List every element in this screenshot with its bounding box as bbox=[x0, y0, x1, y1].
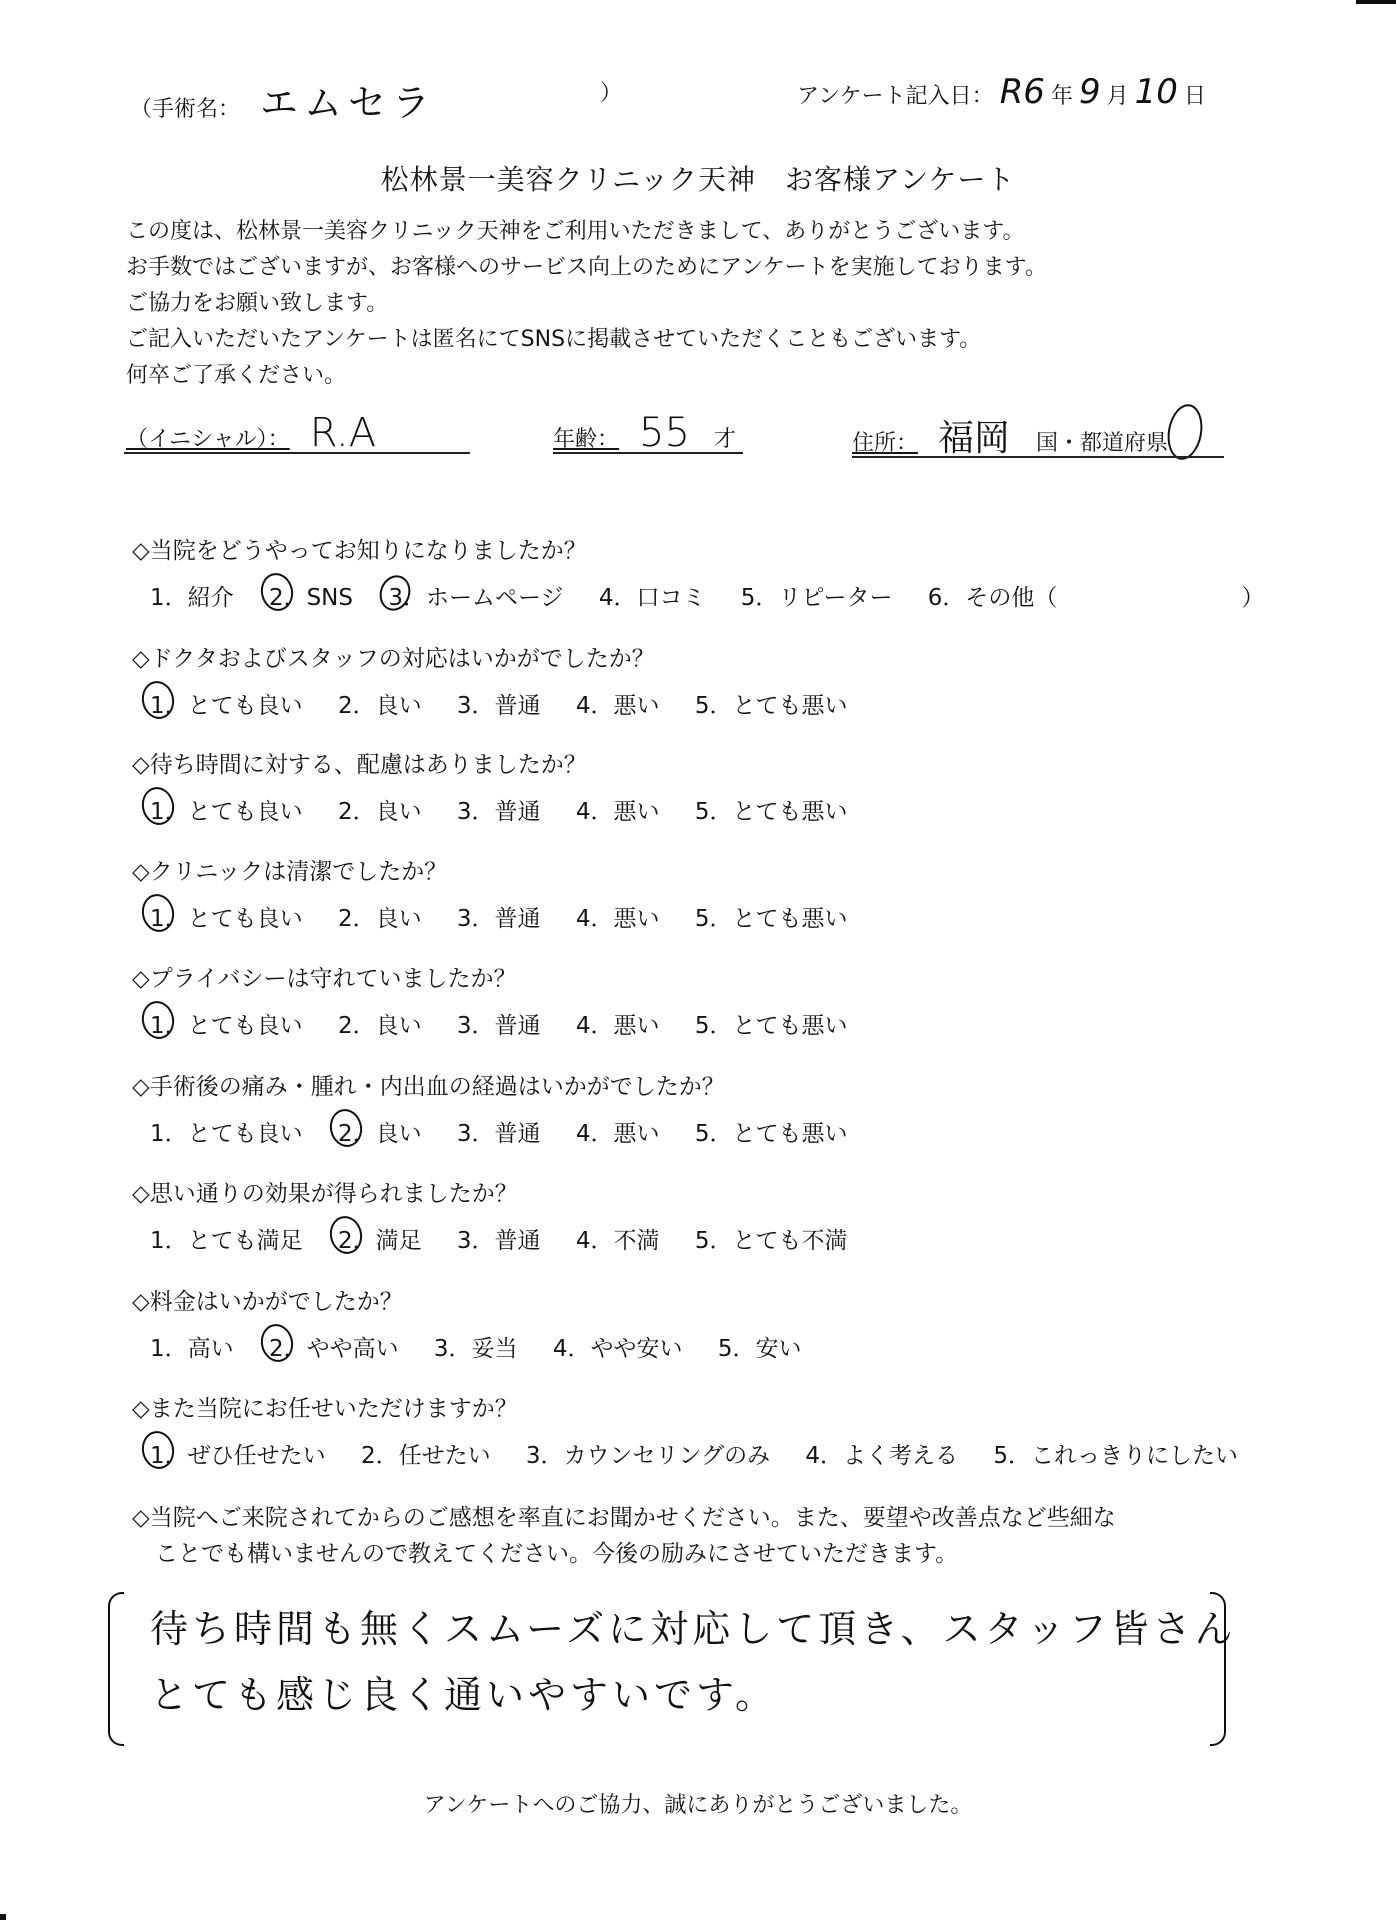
intro-line: ご協力をお願い致します。 bbox=[126, 286, 1047, 322]
age-field: 年齢：55才 bbox=[553, 410, 736, 456]
option-good[interactable]: 2．良い bbox=[338, 1007, 422, 1040]
question-privacy: ◇プライバシーは守れていましたか？ 1．とても良い 2．良い 3．普通 4．悪い… bbox=[132, 960, 875, 1040]
option-good[interactable]: 2．良い bbox=[338, 900, 422, 933]
option-repeater[interactable]: 5．リピーター bbox=[741, 579, 893, 612]
option-very-bad[interactable]: 5．とても悪い bbox=[695, 1115, 848, 1148]
footer-thanks: アンケートへのご協力、誠にありがとうございました。 bbox=[0, 1788, 1396, 1819]
day-unit: 日 bbox=[1184, 84, 1206, 109]
option-dissatisfied[interactable]: 4．不満 bbox=[576, 1222, 660, 1255]
question-price: ◇料金はいかがでしたか？ 1．高い 2．やや高い 3．妥当 4．やや安い 5．安… bbox=[132, 1283, 829, 1363]
option-definitely-selected[interactable]: 1．ぜひ任せたい bbox=[150, 1437, 326, 1470]
options-row: 1．紹介 2．SNS 3．ホームページ 4．口コミ 5．リピーター 6．その他（… bbox=[132, 579, 1292, 612]
question-return: ◇また当院にお任せいただけますか？ 1．ぜひ任せたい 2．任せたい 3．カウンセ… bbox=[132, 1390, 1266, 1470]
option-cheap[interactable]: 5．安い bbox=[718, 1330, 802, 1363]
bracket-left bbox=[108, 1592, 124, 1746]
scan-edge-mark bbox=[0, 1914, 6, 1920]
option-very-good-selected[interactable]: 1．とても良い bbox=[150, 1007, 303, 1040]
option-normal[interactable]: 3．普通 bbox=[457, 793, 541, 826]
month-value[interactable]: 9 bbox=[1079, 72, 1101, 112]
age-underline bbox=[553, 452, 743, 454]
option-sns-selected[interactable]: 2．SNS bbox=[269, 579, 353, 612]
question-title: ◇料金はいかがでしたか？ bbox=[132, 1283, 829, 1316]
procedure-close: ） bbox=[600, 76, 622, 107]
comment-prompt-line: ことでも構いませんので教えてください。今後の励みにさせていただきます。 bbox=[132, 1536, 1116, 1572]
option-homepage[interactable]: 3．ホームページ bbox=[388, 579, 563, 612]
option-counseling-only[interactable]: 3．カウンセリングのみ bbox=[526, 1437, 770, 1470]
day-value[interactable]: 10 bbox=[1135, 72, 1178, 112]
page-title: 松林景一美容クリニック天神 お客様アンケート bbox=[0, 158, 1396, 198]
option-normal[interactable]: 3．普通 bbox=[457, 687, 541, 720]
month-unit: 月 bbox=[1107, 84, 1129, 109]
option-bad[interactable]: 4．悪い bbox=[576, 793, 660, 826]
options-row: 1．とても良い 2．良い 3．普通 4．悪い 5．とても悪い bbox=[132, 1007, 875, 1040]
question-title: ◇また当院にお任せいただけますか？ bbox=[132, 1390, 1266, 1423]
options-row: 1．とても良い 2．良い 3．普通 4．悪い 5．とても悪い bbox=[132, 687, 875, 720]
intro-line: お手数ではございますが、お客様へのサービス向上のためにアンケートを実施しておりま… bbox=[126, 250, 1047, 286]
initial-label: （イニシャル）： bbox=[126, 427, 290, 452]
option-very-satisfied[interactable]: 1．とても満足 bbox=[150, 1222, 303, 1255]
option-very-good[interactable]: 1．とても良い bbox=[150, 1115, 303, 1148]
address-label: 住所： bbox=[852, 431, 918, 456]
question-title: ◇手術後の痛み・腫れ・内出血の経過はいかがでしたか？ bbox=[132, 1068, 875, 1101]
scan-edge-mark bbox=[1356, 0, 1396, 4]
procedure-field: （手術名：エムセラ ） bbox=[130, 72, 436, 127]
option-very-bad[interactable]: 5．とても悪い bbox=[695, 900, 848, 933]
intro-line: ご記入いただいたアンケートは匿名にてSNSに掲載させていただくこともございます。 bbox=[126, 322, 1047, 358]
question-staff-response: ◇ドクタおよびスタッフの対応はいかがでしたか？ 1．とても良い 2．良い 3．普… bbox=[132, 640, 875, 720]
question-post-op-recovery: ◇手術後の痛み・腫れ・内出血の経過はいかがでしたか？ 1．とても良い 2．良い … bbox=[132, 1068, 875, 1148]
option-think-it-over[interactable]: 4．よく考える bbox=[805, 1437, 958, 1470]
options-row: 1．とても良い 2．良い 3．普通 4．悪い 5．とても悪い bbox=[132, 793, 875, 826]
address-field: 住所：福岡国・都道府県 bbox=[852, 410, 1168, 461]
question-title: ◇クリニックは清潔でしたか？ bbox=[132, 853, 875, 886]
procedure-value[interactable]: エムセラ bbox=[260, 81, 436, 125]
survey-date-field: アンケート記入日：R6年9月10日 bbox=[797, 72, 1206, 112]
comment-prompt-line: ◇当院へご来院されてからのご感想を率直にお聞かせください。また、要望や改善点など… bbox=[132, 1500, 1116, 1536]
option-reasonable[interactable]: 3．妥当 bbox=[434, 1330, 518, 1363]
option-good[interactable]: 2．良い bbox=[338, 687, 422, 720]
option-very-bad[interactable]: 5．とても悪い bbox=[695, 687, 848, 720]
year-unit: 年 bbox=[1051, 84, 1073, 109]
option-normal[interactable]: 3．普通 bbox=[457, 1007, 541, 1040]
procedure-label: （手術名： bbox=[130, 97, 240, 122]
initial-field: （イニシャル）：R.A bbox=[126, 410, 376, 456]
option-very-dissatisfied[interactable]: 5．とても不満 bbox=[695, 1222, 848, 1255]
question-title: ◇プライバシーは守れていましたか？ bbox=[132, 960, 875, 993]
intro-text: この度は、松林景一美容クリニック天神をご利用いただきまして、ありがとうございます… bbox=[126, 214, 1047, 394]
option-yes[interactable]: 2．任せたい bbox=[361, 1437, 491, 1470]
question-title: ◇当院をどうやってお知りになりましたか？ bbox=[132, 532, 1292, 565]
comment-text: 待ち時間も無くスムーズに対応して頂き、スタッフ皆さん とても感じ良く通いやすいで… bbox=[150, 1596, 1237, 1728]
options-row: 1．とても良い 2．良い 3．普通 4．悪い 5．とても悪い bbox=[132, 900, 875, 933]
address-value[interactable]: 福岡 bbox=[938, 418, 1010, 459]
comment-prompt: ◇当院へご来院されてからのご感想を率直にお聞かせください。また、要望や改善点など… bbox=[132, 1500, 1116, 1572]
option-very-good-selected[interactable]: 1．とても良い bbox=[150, 687, 303, 720]
address-suffix: 国・都道府県 bbox=[1036, 431, 1168, 456]
option-normal[interactable]: 3．普通 bbox=[457, 1115, 541, 1148]
age-unit: 才 bbox=[714, 427, 736, 452]
address-underline bbox=[852, 456, 1224, 458]
option-word-of-mouth[interactable]: 4．口コミ bbox=[599, 579, 706, 612]
option-very-bad[interactable]: 5．とても悪い bbox=[695, 1007, 848, 1040]
question-cleanliness: ◇クリニックは清潔でしたか？ 1．とても良い 2．良い 3．普通 4．悪い 5．… bbox=[132, 853, 875, 933]
option-satisfied-selected[interactable]: 2．満足 bbox=[338, 1222, 422, 1255]
option-introduction[interactable]: 1．紹介 bbox=[150, 579, 234, 612]
option-slightly-cheap[interactable]: 4．やや安い bbox=[553, 1330, 683, 1363]
age-value[interactable]: 55 bbox=[639, 410, 690, 456]
option-bad[interactable]: 4．悪い bbox=[576, 1007, 660, 1040]
option-expensive[interactable]: 1．高い bbox=[150, 1330, 234, 1363]
option-good[interactable]: 2．良い bbox=[338, 793, 422, 826]
option-good-selected[interactable]: 2．良い bbox=[338, 1115, 422, 1148]
question-title: ◇ドクタおよびスタッフの対応はいかがでしたか？ bbox=[132, 640, 875, 673]
question-expected-effect: ◇思い通りの効果が得られましたか？ 1．とても満足 2．満足 3．普通 4．不満… bbox=[132, 1175, 875, 1255]
question-waiting-time: ◇待ち時間に対する、配慮はありましたか？ 1．とても良い 2．良い 3．普通 4… bbox=[132, 746, 875, 826]
initial-value[interactable]: R.A bbox=[310, 410, 376, 456]
option-bad[interactable]: 4．悪い bbox=[576, 900, 660, 933]
date-era[interactable]: R6 bbox=[1000, 72, 1045, 112]
option-very-good-selected[interactable]: 1．とても良い bbox=[150, 793, 303, 826]
date-label: アンケート記入日： bbox=[797, 84, 994, 109]
options-row: 1．ぜひ任せたい 2．任せたい 3．カウンセリングのみ 4．よく考える 5．これ… bbox=[132, 1437, 1266, 1470]
question-how-found: ◇当院をどうやってお知りになりましたか？ 1．紹介 2．SNS 3．ホームページ… bbox=[132, 532, 1292, 612]
question-title: ◇思い通りの効果が得られましたか？ bbox=[132, 1175, 875, 1208]
option-normal[interactable]: 3．普通 bbox=[457, 900, 541, 933]
comment-line: とても感じ良く通いやすいです。 bbox=[150, 1662, 1237, 1728]
option-normal[interactable]: 3．普通 bbox=[457, 1222, 541, 1255]
option-slightly-expensive-selected[interactable]: 2．やや高い bbox=[269, 1330, 399, 1363]
option-very-good-selected[interactable]: 1．とても良い bbox=[150, 900, 303, 933]
option-very-bad[interactable]: 5．とても悪い bbox=[695, 793, 848, 826]
option-never-again[interactable]: 5．これっきりにしたい bbox=[993, 1437, 1238, 1470]
option-bad[interactable]: 4．悪い bbox=[576, 687, 660, 720]
question-title: ◇待ち時間に対する、配慮はありましたか？ bbox=[132, 746, 875, 779]
options-row: 1．高い 2．やや高い 3．妥当 4．やや安い 5．安い bbox=[132, 1330, 829, 1363]
option-bad[interactable]: 4．悪い bbox=[576, 1115, 660, 1148]
age-label: 年齢： bbox=[553, 427, 619, 452]
options-row: 1．とても良い 2．良い 3．普通 4．悪い 5．とても悪い bbox=[132, 1115, 875, 1148]
address-selection-circle bbox=[1163, 401, 1206, 462]
intro-line: 何卒ご了承ください。 bbox=[126, 358, 1047, 394]
intro-line: この度は、松林景一美容クリニック天神をご利用いただきまして、ありがとうございます… bbox=[126, 214, 1047, 250]
option-other[interactable]: 6．その他（ ） bbox=[928, 579, 1265, 612]
initial-underline bbox=[124, 452, 470, 454]
options-row: 1．とても満足 2．満足 3．普通 4．不満 5．とても不満 bbox=[132, 1222, 875, 1255]
comment-line: 待ち時間も無くスムーズに対応して頂き、スタッフ皆さん bbox=[150, 1596, 1237, 1662]
